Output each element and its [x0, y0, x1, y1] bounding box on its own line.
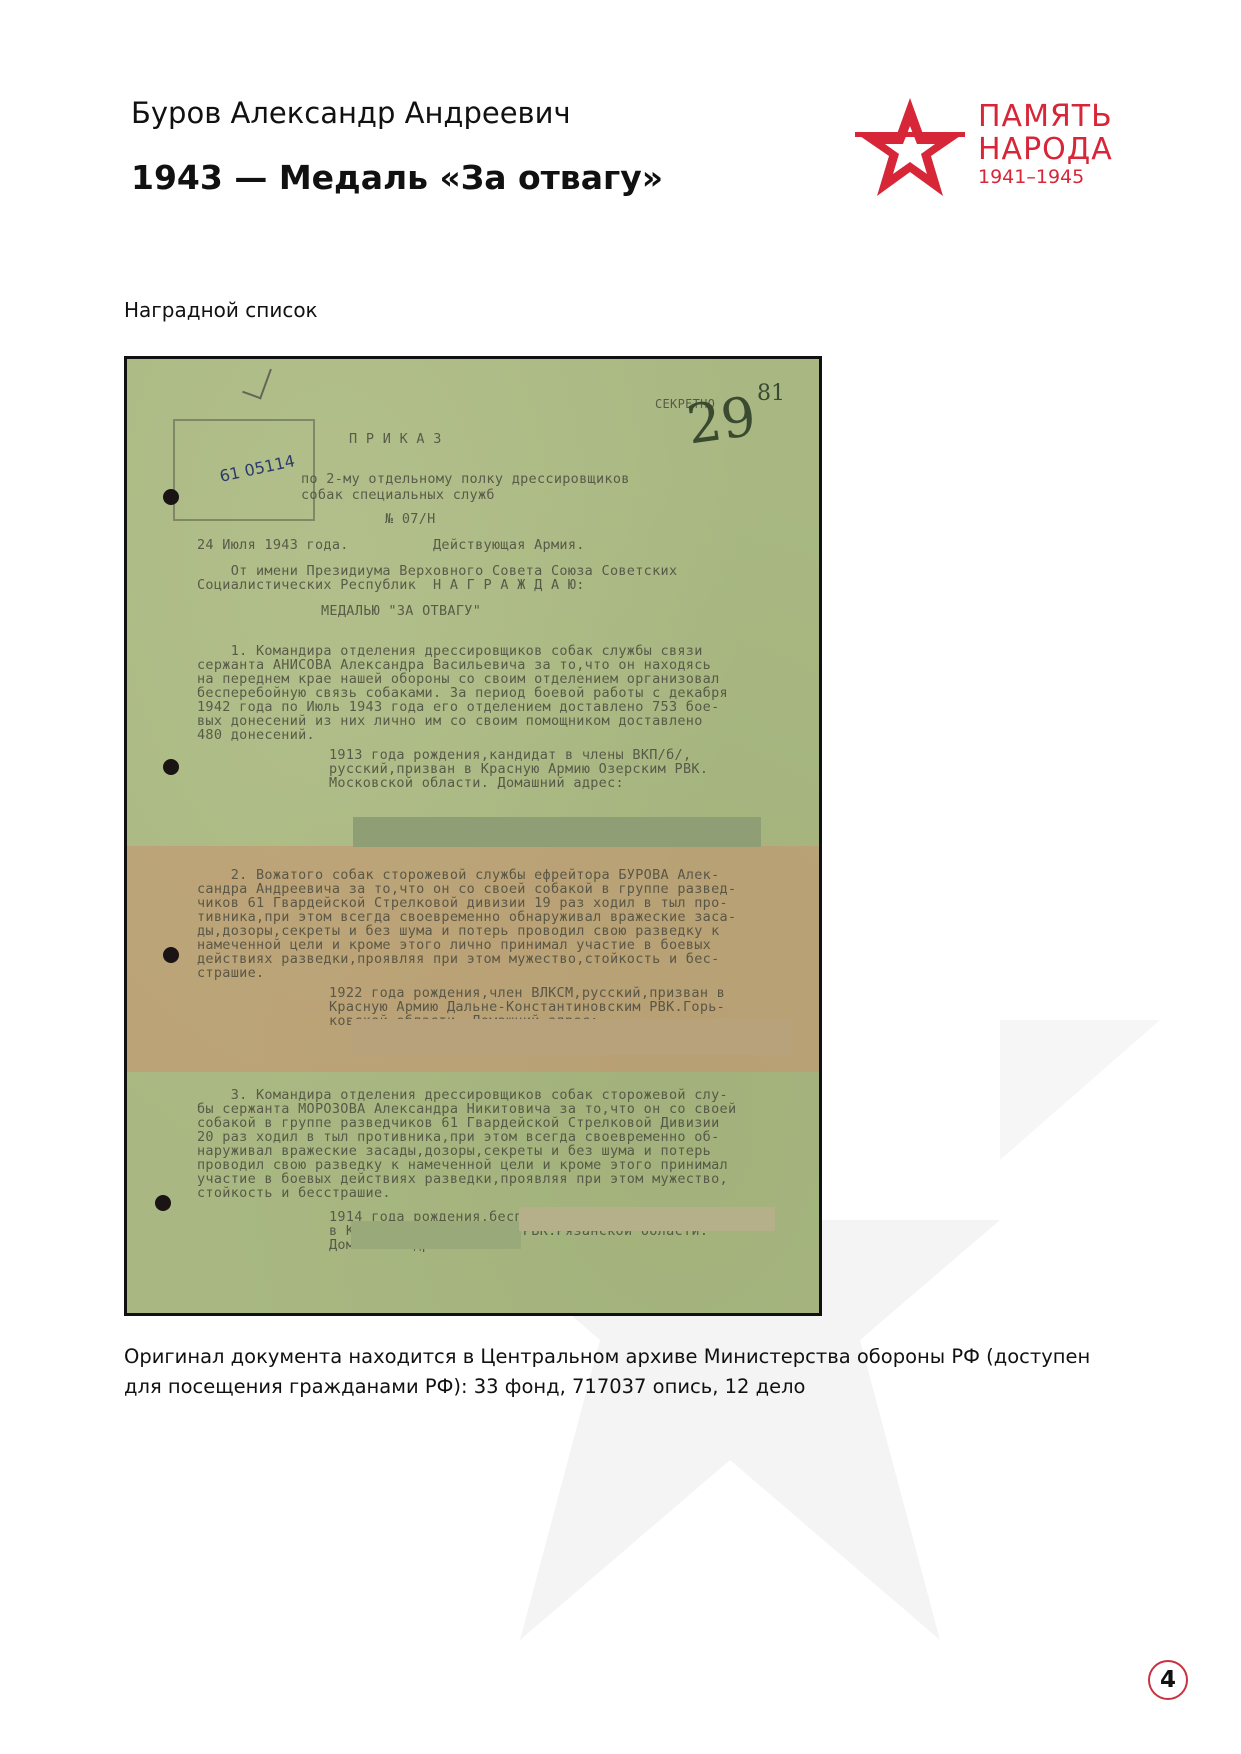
logo-line-2: НАРОДА	[978, 135, 1113, 165]
punch-hole	[163, 489, 179, 505]
check-mark	[242, 363, 272, 400]
document-text-line: Московской области. Домашний адрес:	[329, 775, 624, 791]
document-text-line: по 2-му отдельному полку дрессировщиков	[301, 471, 630, 487]
archive-caption: Оригинал документа находится в Центральн…	[124, 1342, 1104, 1402]
redaction-block	[351, 1221, 521, 1249]
red-star-icon	[855, 96, 965, 200]
punch-hole	[163, 947, 179, 963]
page-handwritten-small: 81	[757, 381, 785, 406]
document-text-line: действиях разведки,проявляя при этом муж…	[197, 951, 720, 967]
document-text-line: 24 Июля 1943 года. Действующая Армия.	[197, 537, 585, 553]
award-title: 1943 — Медаль «За отвагу»	[131, 158, 663, 197]
document-text-line: собак специальных служб	[301, 487, 495, 503]
logo-years: 1941–1945	[978, 168, 1113, 187]
document-text-line: страшие.	[197, 965, 264, 981]
page-handwritten-number: 29	[683, 385, 760, 457]
document-text-line: П Р И К А З	[349, 431, 442, 447]
pamyat-naroda-logo[interactable]: ПАМЯТЬ НАРОДА 1941–1945	[855, 96, 1125, 200]
document-text-line: Социалистических Республик Н А Г Р А Ж Д…	[197, 577, 585, 593]
document-text-line: стойкость и бесстрашие.	[197, 1185, 391, 1201]
document-scan[interactable]: 61 05114 СЕКРЕТНО 29 81 П Р И К А Зпо 2-…	[124, 356, 822, 1316]
section-label: Наградной список	[124, 298, 318, 322]
logo-line-1: ПАМЯТЬ	[978, 102, 1113, 132]
punch-hole	[155, 1195, 171, 1211]
person-name: Буров Александр Андреевич	[131, 96, 571, 130]
redaction-block	[519, 1207, 775, 1231]
document-text-line: № 07/Н	[385, 511, 436, 527]
document-text-line: МЕДАЛЬЮ "ЗА ОТВАГУ"	[321, 603, 481, 619]
document-text-line: 480 донесений.	[197, 727, 315, 743]
redaction-block	[353, 817, 761, 847]
punch-hole	[163, 759, 179, 775]
redaction-block	[351, 1019, 791, 1055]
page-number: 4	[1148, 1660, 1188, 1700]
